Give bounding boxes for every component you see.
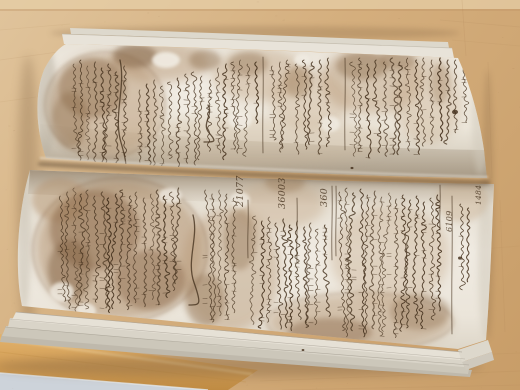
wood-speckle-fleck [12,388,13,389]
sum-numeral: 6109 [445,210,454,232]
wood-speckle-fleck [512,68,514,69]
photo-canvas: 210773600336061091484 [0,0,520,390]
water-stain [100,118,400,166]
wood-speckle-fleck [147,13,149,14]
wood-speckle-fleck [316,388,317,389]
wood-speckle-fleck [8,126,10,127]
wood-speckle-fleck [62,25,63,26]
wood-speckle-fleck [19,209,20,210]
water-stain [185,274,225,326]
wood-speckle-fleck [14,303,15,304]
ink-blot [458,257,462,260]
unstained-patch [228,111,252,129]
ink-blot [452,110,458,115]
unstained-patch [152,52,180,68]
sum-numeral: 1484 [474,185,483,205]
ink-blot [302,349,305,351]
wood-plank-top-band [0,0,520,9]
wood-speckle-fleck [347,383,348,384]
wood-speckle-fleck [6,190,7,191]
wood-speckle-fleck [481,387,482,388]
wood-speckle-fleck [497,149,498,150]
sum-numeral: 360 [319,188,330,207]
water-stain [113,44,157,68]
wood-speckle-fleck [501,221,503,222]
wood-speckle-fleck [516,351,517,352]
sum-numeral: 21077 [235,175,246,208]
water-stain [336,52,388,80]
water-stain [189,50,221,70]
top-page [35,42,488,178]
wood-speckle-fleck [498,92,499,93]
ink-blot [351,167,354,169]
wood-speckle-fleck [502,37,503,38]
manuscript-photo: 210773600336061091484 [0,0,520,390]
sum-numeral: 36003 [277,177,288,209]
wood-speckle-fleck [257,2,259,3]
